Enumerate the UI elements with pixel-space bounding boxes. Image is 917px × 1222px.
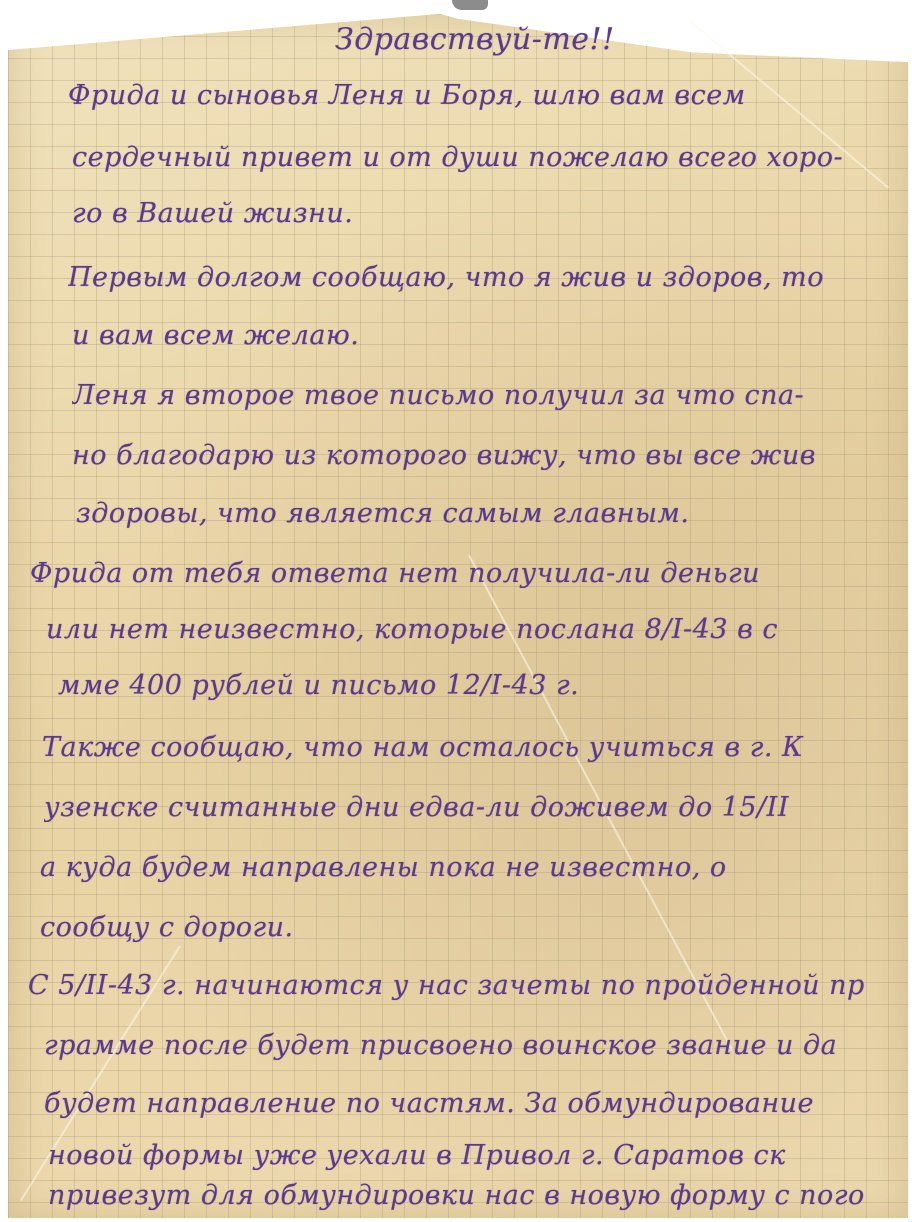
- letter-line: сообщу с дороги.: [40, 912, 294, 943]
- letter-line: С 5/II-43 г. начинаются у нас зачеты по …: [28, 970, 917, 1001]
- letter-body: Здравствуй-те!! Фрида и сыновья Леня и Б…: [0, 0, 917, 1222]
- letter-line: будет направление по частям. За обмундир…: [44, 1088, 917, 1119]
- letter-line: здоровы, что является самым главным.: [76, 498, 690, 529]
- letter-line: привезут для обмундировки нас в новую фо…: [48, 1180, 917, 1211]
- letter-line: сердечный привет и от души пожелаю всего…: [72, 142, 917, 173]
- letter-line: грамме после будет присвоено воинское зв…: [44, 1030, 917, 1061]
- letter-line: Фрида от тебя ответа нет получила-ли ден…: [30, 558, 917, 589]
- letter-line: го в Вашей жизни.: [72, 198, 353, 229]
- letter-line: новой формы уже уехали в Привол г. Сарат…: [48, 1140, 917, 1171]
- letter-greeting: Здравствуй-те!!: [335, 22, 615, 57]
- letter-line: и вам всем желаю.: [72, 320, 359, 351]
- letter-line: Леня я второе твое письмо получил за что…: [72, 380, 917, 411]
- letter-line: узенске считанные дни едва-ли доживем до…: [44, 792, 917, 823]
- letter-line: Фрида и сыновья Леня и Боря, шлю вам все…: [68, 80, 917, 111]
- letter-line: Также сообщаю, что нам осталось учиться …: [42, 732, 917, 763]
- letter-line: но благодарю из которого вижу, что вы вс…: [72, 440, 917, 471]
- letter-line: а куда будем направлены пока не известно…: [40, 852, 917, 883]
- letter-line: Первым долгом сообщаю, что я жив и здоро…: [68, 262, 917, 293]
- letter-line: мме 400 рублей и письмо 12/I-43 г.: [58, 670, 579, 701]
- letter-line: или нет неизвестно, которые послана 8/I-…: [46, 614, 917, 645]
